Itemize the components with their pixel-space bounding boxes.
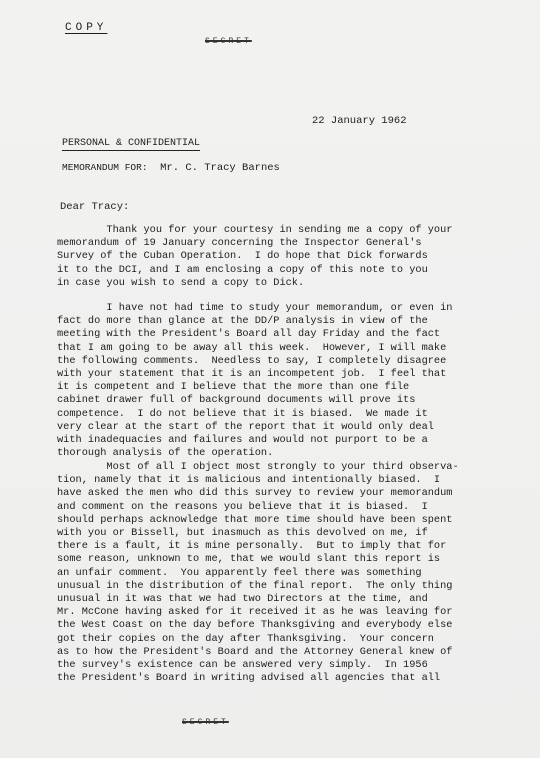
letter-date: 22 January 1962 xyxy=(312,115,407,127)
classification-marking-bottom: SECRET xyxy=(182,718,229,727)
body-paragraph: Thank you for your courtesy in sending m… xyxy=(57,224,457,290)
classification-marking-top: SECRET xyxy=(205,37,252,46)
memo-for-label: MEMORANDUM FOR: xyxy=(62,162,148,173)
personal-confidential-heading: PERSONAL & CONFIDENTIAL xyxy=(62,138,200,151)
memorandum-for-line: MEMORANDUM FOR: Mr. C. Tracy Barnes xyxy=(62,162,280,174)
document-page: COPY SECRET 22 January 1962 PERSONAL & C… xyxy=(0,0,540,758)
memo-recipient: Mr. C. Tracy Barnes xyxy=(160,162,280,174)
salutation: Dear Tracy: xyxy=(60,201,129,213)
body-paragraph: Most of all I object most strongly to yo… xyxy=(57,461,457,685)
body-paragraph: I have not had time to study your memora… xyxy=(57,302,457,460)
copy-mark: COPY xyxy=(65,22,107,34)
